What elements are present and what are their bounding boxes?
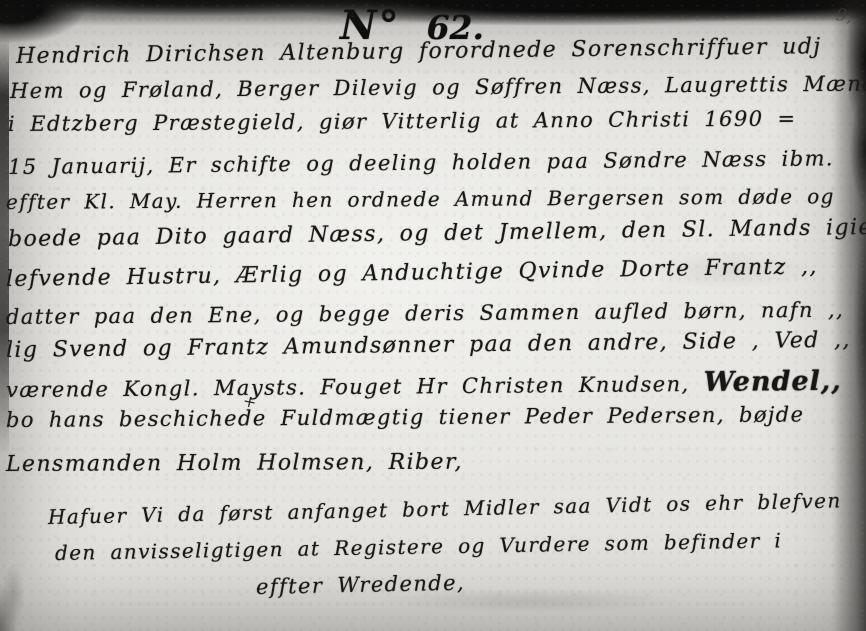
manuscript-line: bo hans beschichede Fuldmægtig tiener Pe… [6, 402, 805, 432]
manuscript-line: 15 Januarij, Er schifte og deeling holde… [8, 146, 834, 179]
manuscript-line: lig Svend og Frantz Amundsønner paa den … [6, 328, 851, 363]
manuscript-line: Hendrich Dirichsen Altenburg forordnede … [16, 34, 822, 69]
wendel-bold-word: Wendel,, [703, 366, 841, 398]
manuscript-line: i Edtzberg Præstegield, giør Vitterlig a… [8, 106, 797, 136]
manuscript-scan-page: N°62. 9, Hendrich Dirichsen Altenburg fo… [0, 0, 866, 631]
margin-pencil-smudge [2, 565, 24, 625]
manuscript-line: Lensmanden Holm Holmsen, Riber, [6, 450, 463, 477]
manuscript-line-text: værende Kongl. Maysts. Fouget Hr Christe… [6, 372, 690, 402]
manuscript-line: Hem og Frøland, Berger Dilevig og Søffre… [10, 71, 866, 103]
manuscript-line: Hafuer Vi da først anfanget bort Midler … [48, 488, 842, 529]
manuscript-line: effter Wredende, [256, 571, 465, 599]
manuscript-line: boede paa Dito gaard Næss, og det Jmelle… [8, 215, 866, 252]
manuscript-line: effter Kl. May. Herren hen ordnede Amund… [6, 184, 835, 214]
corner-page-number: 9, [834, 5, 853, 27]
scan-dark-bottom-left-corner [0, 561, 26, 631]
manuscript-line: værende Kongl. Maysts. Fouget Hr Christe… [6, 366, 842, 404]
manuscript-line: datter paa den Ene, og begge deris Samme… [6, 298, 844, 329]
manuscript-line: lefvende Hustru, Ærlig og Anduchtige Qvi… [6, 254, 818, 292]
manuscript-line: den anvisseligtigen at Registere og Vurd… [55, 528, 783, 565]
